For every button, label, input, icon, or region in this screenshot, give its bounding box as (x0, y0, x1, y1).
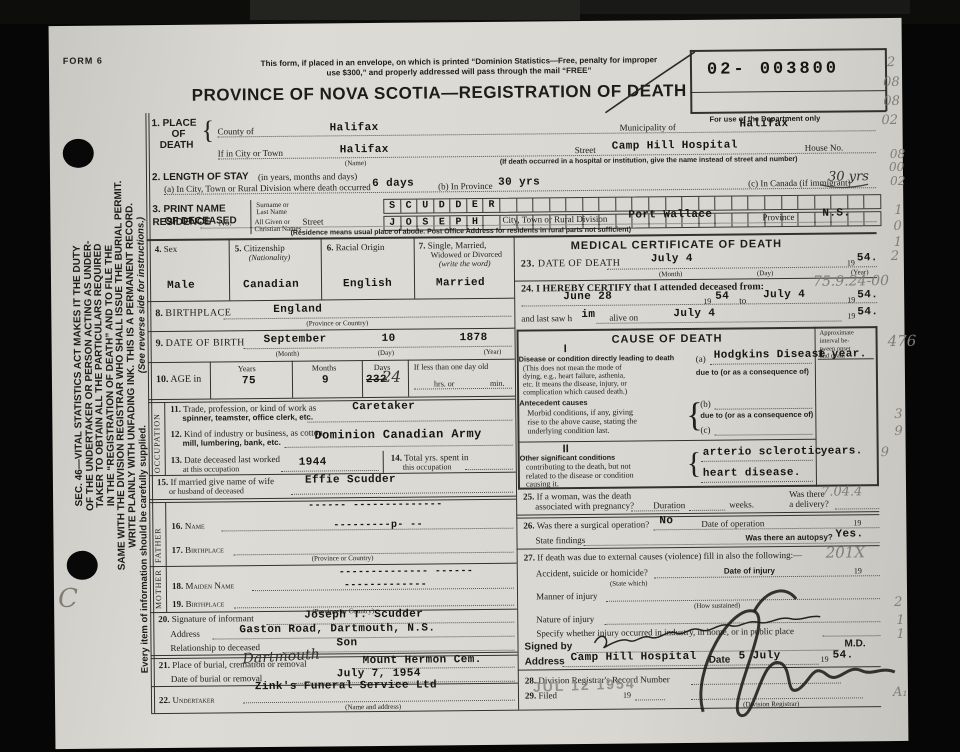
age-years-header: Years (238, 365, 256, 374)
letter-cell (517, 198, 534, 211)
father-prov-note: (Province or Country) (312, 555, 374, 563)
cell-border (362, 360, 363, 397)
letter-cell (533, 198, 550, 211)
burial-place-handwritten: Dartmouth (242, 648, 320, 667)
f13-title1: Date deceased last worked (184, 454, 280, 465)
f23-num: 23. (521, 258, 535, 269)
mother-birthplace-label: 19. Birthplace (172, 599, 224, 609)
age-months-value: 9 (322, 375, 329, 387)
marital-paren: (write the word) (439, 260, 491, 269)
certify-pre19c: 19 (847, 312, 855, 320)
leader (281, 470, 379, 472)
house-no-label: House No. (805, 143, 844, 153)
death-month-note: (Month) (659, 271, 682, 279)
margin-note: A₁ (893, 686, 908, 700)
delivery-label2: a delivery? (789, 500, 829, 510)
row-rule (147, 298, 514, 303)
father-name-label: 16. Name (171, 522, 204, 532)
margin-note: 2 (891, 250, 899, 264)
margin-note: 08 (883, 76, 900, 90)
margin-note: 476 (888, 334, 917, 350)
mother-maiden-label: 18. Maiden Name (172, 581, 234, 591)
informant-address-label: Address (170, 630, 200, 640)
margin-note: 2 (887, 56, 895, 70)
cause-due1: due to (or as a consequence of) (696, 368, 809, 377)
letter-cell (798, 196, 815, 209)
letter-cell (848, 195, 865, 208)
death-pre19: 19 (847, 259, 855, 267)
undertaker-value: Zink's Funeral Service Ltd (255, 680, 437, 693)
field3-title1: PRINT NAME (163, 203, 225, 215)
name-note: (Name) (345, 160, 366, 168)
interval-h1: Approximate (819, 329, 853, 336)
residence-street-label: Street (302, 217, 323, 227)
division-registrar-signature (754, 591, 796, 612)
age-label: 10. AGE in (156, 375, 201, 386)
f7-num: 7. (419, 241, 426, 251)
leader (218, 130, 876, 137)
death-year-value: 54. (857, 253, 878, 265)
margin-note: 02 (890, 175, 905, 188)
f9-num: 9. (156, 338, 164, 349)
margin-note: 1 (894, 236, 902, 250)
other-value2: heart disease. (703, 468, 801, 480)
leader (701, 481, 813, 483)
f14-num: 14. (391, 453, 402, 463)
letter-cell: E (467, 199, 484, 212)
last-worked-value: 1944 (299, 457, 327, 469)
operation-value: No (659, 516, 673, 528)
birth-day-note: (Day) (378, 350, 394, 358)
state-which-note: (State which) (610, 580, 648, 588)
margin-note: 08 (883, 95, 900, 109)
operation-pre19: 19 (853, 519, 861, 527)
mother-maiden-dashes: -------------- ------ (339, 567, 474, 579)
birthplace-label: 8. BIRTHPLACE (155, 308, 231, 319)
f24-num: 24. (521, 283, 534, 294)
field1-label: PLACE (163, 118, 197, 129)
cause-a-interval: 1 year. (818, 349, 867, 361)
md-date-label: Date (709, 656, 731, 667)
punch-hole (67, 551, 98, 580)
f19-title: Birthplace (186, 598, 225, 608)
father-name-dashes: ------ -------------- (308, 500, 443, 512)
external-label: 27. If death was due to external causes … (524, 551, 802, 563)
document-title: PROVINCE OF NOVA SCOTIA—REGISTRATION OF … (169, 82, 709, 105)
birthplace-value: England (273, 304, 322, 316)
date-of-birth-label: 9. DATE OF BIRTH (156, 338, 245, 349)
burial-place-value: Mount Hermon Cem. (363, 655, 482, 668)
age-min-label: min. (490, 380, 505, 389)
residence-province-label: Province (762, 213, 794, 223)
informant-value: Joseph T. Scudder (304, 610, 423, 623)
injury-pre19: 19 (854, 567, 862, 575)
pencil-scribble: C (58, 586, 78, 613)
pregnancy-duration-label: Duration (653, 501, 685, 511)
trade-label2: spinner, teamster, office clerk, etc. (182, 414, 313, 424)
birth-month-note: (Month) (276, 351, 299, 359)
name-grid-border (250, 200, 251, 234)
street-value: Camp Hill Hospital (612, 141, 738, 154)
field1-brace: { (201, 117, 214, 144)
antecedent-label1: Antecedent causes (519, 399, 587, 408)
sex-label: 4. Sex (155, 245, 178, 255)
f26-num: 26. (523, 520, 534, 530)
autopsy-value: Yes. (835, 529, 863, 541)
filed-pre19: 19 (623, 692, 631, 700)
disease-label1: Disease or condition directly leading to… (519, 354, 674, 363)
residence-province-value: N.S. (822, 208, 850, 220)
f22-title: Undertaker (172, 695, 214, 705)
group-border (165, 502, 167, 566)
pregnancy-label2: associated with pregnancy? (535, 502, 634, 512)
burial-date-label: Date of burial or removal (171, 674, 263, 684)
cell-border (210, 362, 211, 399)
citizenship-value: Canadian (243, 280, 299, 292)
informant-address-value: Gaston Road, Dartmouth, N.S. (239, 623, 435, 636)
f6-num: 6. (327, 242, 334, 252)
autopsy-label: Was there an autopsy? (745, 534, 832, 543)
f18-title: Maiden Name (185, 580, 234, 590)
form-number: FORM 6 (63, 57, 103, 67)
manner-label: Manner of injury (536, 592, 598, 602)
f17-title: Birthplace (185, 544, 224, 554)
total-yrs-label2: this occupation (403, 463, 452, 472)
birthplace-prov-note: (Province or Country) (306, 320, 368, 328)
md-address-label: Address (525, 657, 565, 668)
birth-month-value: September (264, 334, 327, 346)
letter-cell (848, 212, 865, 225)
antecedent-label4: underlying condition last. (527, 427, 609, 436)
age-months-header: Months (312, 364, 337, 373)
f15-title1: If married give name of wife (170, 476, 274, 487)
trade-value: Caretaker (352, 402, 415, 414)
informant-label: 20. Signature of informant (158, 614, 254, 624)
f7-title1: Single, Married, (428, 240, 487, 251)
leader (607, 266, 877, 270)
certify-to-year: 54. (857, 290, 878, 302)
f17-num: 17. (172, 545, 183, 555)
f13-num: 13. (171, 455, 182, 465)
f19-num: 19. (172, 599, 183, 609)
stay-b-value: 30 yrs (498, 177, 540, 189)
cell-border (292, 361, 293, 398)
field1-num: 1. (151, 118, 159, 129)
mother-maiden-dashes2: ------------- (344, 581, 427, 592)
leader (701, 460, 813, 462)
cell-border (383, 451, 384, 473)
specify-label: Specify whether injury occurred in indus… (536, 627, 794, 639)
racial-origin-label: 6. Racial Origin (327, 243, 385, 253)
f5-num: 5. (235, 243, 242, 253)
f12-num: 12. (170, 429, 181, 439)
last-saw-date: July 4 (673, 309, 715, 321)
scan-top-edge-texture (250, 0, 580, 20)
letter-cell (865, 212, 881, 225)
how-sustained-note: (How sustained) (694, 602, 740, 610)
certify-to-label: to (739, 296, 746, 306)
birth-day-value: 10 (382, 334, 396, 346)
cell-border (408, 360, 409, 397)
leader (835, 508, 879, 509)
residence-no-label: No. (218, 218, 231, 228)
margin-note: 1 (894, 204, 902, 218)
dept-box-border (690, 110, 886, 113)
residence-division-label: City, Town or Rural Division (502, 215, 607, 225)
leader (307, 420, 512, 423)
cause-box-border (875, 326, 878, 486)
spouse-label2: or husband of deceased (169, 487, 244, 496)
letter-cell (865, 195, 881, 208)
punch-hole (63, 139, 94, 168)
margin-note: 02 (881, 114, 898, 128)
margin-code-704: 7.04.4 (821, 485, 862, 499)
stay-b-label: (b) In Province (438, 182, 493, 192)
city-town-label: If in City or Town (218, 149, 283, 159)
surname-label: Surname orLast Name (256, 202, 289, 217)
margin-note: 00 (889, 161, 904, 174)
md-pre19: 19 (821, 656, 829, 664)
cell-border (321, 237, 323, 299)
certify-pre19a: 19 (703, 298, 711, 306)
f4-title: Sex (164, 244, 178, 254)
operation-label: 26. Was there a surgical operation? (523, 520, 649, 531)
letter-cell: R (484, 199, 501, 212)
f11-num: 11. (170, 404, 181, 414)
md-address-value: Camp Hill Hospital (571, 652, 697, 665)
f26-title: Was there a surgical operation? (537, 519, 650, 530)
certify-to-value: July 4 (763, 290, 805, 302)
informant-relationship-value: Son (336, 638, 357, 650)
age-days-handwritten: 24 (382, 370, 401, 386)
cause-a-label: (a) (696, 355, 706, 365)
letter-cell: D (450, 199, 467, 212)
cause-of-death-title: CAUSE OF DEATH (612, 334, 723, 347)
letter-cell (500, 199, 517, 212)
letter-cell (749, 196, 766, 209)
street-label: Street (575, 146, 596, 156)
date-of-death-label: 23. DATE OF DEATH (521, 259, 621, 270)
letter-cell (782, 196, 799, 209)
occupation-side-label: OCCUPATION (153, 413, 162, 473)
leader (689, 510, 725, 511)
margin-note: 9 (881, 446, 889, 460)
leader (291, 492, 513, 495)
death-month-day-value: July 4 (651, 254, 693, 266)
margin-code-201: 201X (826, 545, 865, 561)
stay-a-label: (a) In City, Town or Rural Division wher… (164, 183, 371, 194)
cause-inner-rule (518, 439, 816, 443)
margin-note: 08 (890, 148, 905, 161)
death-certificate-scan: FORM 6 SEC. 46—VITAL STATISTICS ACT MAKE… (49, 18, 909, 749)
leader (285, 445, 513, 448)
filed-date-stamp: JUL 12 1954 (533, 676, 636, 694)
leader (465, 469, 513, 470)
f23-title: DATE OF DEATH (538, 258, 621, 270)
group-border (166, 567, 167, 612)
undertaker-label: 22. Undertaker (159, 696, 215, 706)
f10-num: 10. (156, 374, 169, 385)
cause-a-value: Hodgkins Disease (714, 350, 826, 363)
birth-year-value: 1878 (460, 333, 488, 345)
margin-note: 9 (894, 425, 902, 439)
md-label: M.D. (844, 639, 865, 650)
f8-num: 8. (155, 308, 163, 319)
other-value1: arterio sclerotic (703, 447, 822, 460)
age-hrs-label: hrs. or (434, 380, 455, 389)
injury-date-label: Date of injury (724, 567, 775, 576)
f8-title: BIRTHPLACE (165, 307, 231, 319)
municipality-label: Municipality of (620, 123, 676, 133)
letter-cell: U (417, 199, 434, 212)
county-label: County of (218, 127, 254, 137)
industry-label2: mill, lumbering, bank, etc. (183, 439, 281, 448)
f20-title: Signature of informant (172, 613, 254, 624)
margin-note: 1 (896, 628, 904, 642)
operation-date-label: Date of operation (701, 519, 764, 529)
surname-label2: Last Name (256, 208, 287, 216)
nature-label: Nature of injury (536, 615, 594, 625)
group-border (164, 402, 166, 475)
signed-by-label: Signed by (524, 642, 572, 653)
last-saw-label1: and last saw h (521, 314, 572, 324)
marital-value: Married (436, 278, 485, 290)
medical-certificate-title: MEDICAL CERTIFICATE OF DEATH (571, 239, 782, 253)
f4-num: 4. (155, 244, 162, 254)
field1-label-death: DEATH (160, 141, 194, 152)
field2-paren: (in years, months and days) (258, 172, 357, 182)
city-town-value: Halifax (340, 145, 389, 157)
letter-cell: D (434, 199, 451, 212)
residence-division-value: Port Wallace (628, 210, 712, 222)
registration-number: 02- 003800 (707, 61, 839, 80)
f25-num: 25. (523, 491, 534, 501)
hospital-note: (If death occurred in a hospital or inst… (500, 156, 798, 166)
md-date-value: 5 July (739, 651, 781, 663)
cause-b-label: (b) (700, 400, 711, 410)
pregnancy-weeks-label: weeks. (729, 500, 754, 510)
cause-c-label: (c) (700, 426, 710, 436)
last-worked-label2: at this occupation (183, 465, 240, 474)
stay-a-value: 6 days (372, 179, 414, 191)
birth-year-note: (Year) (484, 349, 502, 357)
county-value: Halifax (329, 123, 378, 135)
letter-cell: S (384, 200, 401, 213)
leader (606, 598, 880, 602)
cause-due2: due to (or as a consequence of) (700, 411, 813, 420)
spouse-value: Effie Scudder (305, 475, 396, 487)
f20-num: 20. (158, 614, 169, 624)
letter-cell: C (401, 200, 418, 213)
citizenship-paren: (Nationality) (249, 254, 290, 263)
sex-value: Male (167, 281, 195, 293)
other-brace: { (687, 448, 702, 480)
f15-num: 15. (157, 477, 168, 487)
margin-note: 1 (896, 614, 904, 628)
other-interval: years. (821, 446, 863, 458)
cell-border (414, 237, 416, 299)
margin-note: 3 (894, 408, 902, 422)
f16-num: 16. (171, 521, 182, 531)
death-day-note: (Day) (757, 270, 773, 278)
leader (635, 699, 665, 700)
field2-label: 2. LENGTH OF STAY (152, 172, 249, 183)
f14-title1: Total yrs. spent in (404, 452, 468, 463)
margin-note: 2 (894, 596, 902, 610)
accident-label: Accident, suicide or homicide? (536, 568, 648, 579)
municipality-value: Halifax (739, 119, 788, 131)
mother-side-label: MOTHER (155, 569, 164, 609)
field2-title: LENGTH OF STAY (163, 171, 249, 183)
certify-from-year: 54 (715, 292, 729, 304)
f27-title: If death was due to external causes (vio… (537, 550, 802, 563)
father-side-label: FATHER (154, 527, 163, 563)
last-saw-him: im (581, 310, 595, 322)
letter-cell (583, 198, 600, 211)
dept-box-border (690, 48, 886, 51)
residence-label: RESIDENCE (152, 218, 210, 229)
field3-label: 3. PRINT NAME (152, 204, 225, 215)
letter-cell (765, 196, 782, 209)
letter-cell (732, 196, 749, 209)
certify-pre19b: 19 (847, 296, 855, 304)
last-saw-year: 54. (857, 307, 878, 319)
leader (715, 434, 813, 436)
letter-cell (600, 198, 617, 211)
scan-top-edge-texture (580, 0, 910, 14)
letter-cell (732, 213, 749, 226)
f16-title: Name (185, 521, 205, 531)
letter-cell (798, 213, 815, 226)
letter-cell (566, 198, 583, 211)
stay-c-value-handwritten: 30 yrs (828, 170, 869, 184)
certify-from-value: June 28 (563, 292, 612, 304)
industry-value: Dominion Canadian Army (314, 428, 481, 442)
division-registrar-note: (Division Registrar) (743, 701, 799, 709)
f10-title: AGE in (170, 374, 201, 385)
field3-num: 3. (152, 204, 160, 215)
f6-title: Racial Origin (336, 242, 385, 252)
leader (710, 363, 812, 365)
age-years-value: 75 (242, 376, 256, 388)
f12-title1: Kind of industry or business, as cotton- (184, 427, 326, 438)
interval-h2: interval be- (820, 337, 850, 344)
margin-code-759: 75.9.24-00 (813, 274, 889, 289)
age-less-than-day-label: If less than one day old (414, 363, 489, 372)
racial-origin-value: English (343, 279, 392, 291)
field2-num: 2. (152, 172, 160, 183)
f18-num: 18. (172, 581, 183, 591)
findings-label: State findings (535, 536, 585, 546)
father-birthplace-label: 17. Birthplace (172, 545, 224, 555)
letter-cell (715, 197, 732, 210)
dept-box-border (690, 90, 886, 93)
disease-label5: complication which caused death.) (523, 388, 627, 397)
other-label4: causing it. (526, 480, 559, 489)
f21-num: 21. (159, 660, 170, 670)
f22-num: 22. (159, 695, 170, 705)
leader (604, 621, 880, 625)
leader (691, 683, 841, 685)
md-date-year: 54. (833, 650, 854, 662)
leader (822, 635, 880, 637)
letter-cell (550, 198, 567, 211)
f9-title: DATE OF BIRTH (166, 337, 245, 349)
f27-num: 27. (524, 552, 535, 562)
father-name-dashes2: ---------p- -- (333, 521, 423, 532)
margin-note: 0 (893, 220, 901, 234)
letter-cell (716, 214, 733, 227)
